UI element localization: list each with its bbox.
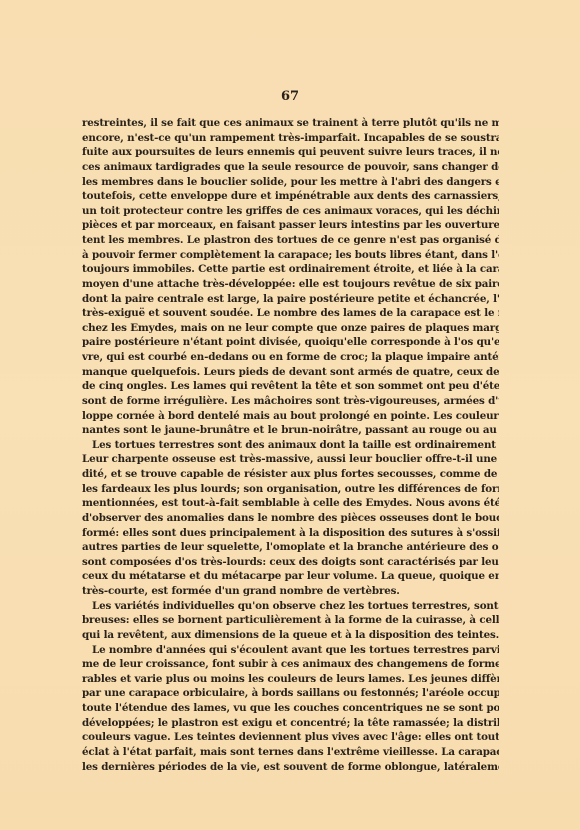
text-line: sont de forme irrégulière. Les mâchoires…	[82, 394, 499, 409]
text-line: breuses: elles se bornent particulièreme…	[82, 613, 499, 628]
text-line: les dernières périodes de la vie, est so…	[82, 760, 499, 775]
text-line: Leur charpente osseuse est très-massive,…	[82, 452, 499, 467]
text-line: à pouvoir fermer complètement la carapac…	[82, 248, 499, 263]
text-line: toujours immobiles. Cette partie est ord…	[82, 262, 499, 277]
text-line: autres parties de leur squelette, l'omop…	[82, 540, 499, 555]
page-number: 67	[0, 89, 580, 104]
text-line: encore, n'est-ce qu'un rampement très-im…	[82, 131, 499, 146]
text-line: de cinq ongles. Les lames qui revêtent l…	[82, 379, 499, 394]
text-line: paire postérieure n'étant point divisée,…	[82, 335, 499, 350]
text-line: très-courte, est formée d'un grand nombr…	[82, 584, 499, 599]
text-line: ces animaux tardigrades que la seule res…	[82, 160, 499, 175]
text-line: toute l'étendue des lames, vu que les co…	[82, 701, 499, 716]
text-line: ceux du métatarse et du métacarpe par le…	[82, 569, 499, 584]
text-line: qui la revêtent, aux dimensions de la qu…	[82, 628, 499, 643]
text-line: rables et varie plus ou moins les couleu…	[82, 672, 499, 687]
text-line: très-exiguë et souvent soudée. Le nombre…	[82, 306, 499, 321]
text-line: moyen d'une attache très-développée: ell…	[82, 277, 499, 292]
text-line: les membres dans le bouclier solide, pou…	[82, 175, 499, 190]
text-line: loppe cornée à bord dentelé mais au bout…	[82, 409, 499, 424]
text-line: d'observer des anomalies dans le nombre …	[82, 511, 499, 526]
text-line: pièces et par morceaux, en faisant passe…	[82, 218, 499, 233]
paragraph-start-line: Les tortues terrestres sont des animaux …	[82, 438, 499, 453]
text-line: couleurs vague. Les teintes deviennent p…	[82, 730, 499, 745]
text-line: restreintes, il se fait que ces animaux …	[82, 116, 499, 131]
text-line: mentionnées, est tout-à-fait semblable à…	[82, 496, 499, 511]
text-line: sont composées d'os très-lourds: ceux de…	[82, 555, 499, 570]
text-line: par une carapace orbiculaire, à bords sa…	[82, 686, 499, 701]
text-line: un toit protecteur contre les griffes de…	[82, 204, 499, 219]
text-line: dont la paire centrale est large, la pai…	[82, 292, 499, 307]
text-line: me de leur croissance, font subir à ces …	[82, 657, 499, 672]
paragraph-start-line: Les variétés individuelles qu'on observe…	[82, 599, 499, 614]
text-line: chez les Emydes, mais on ne leur compte …	[82, 321, 499, 336]
text-line: manque quelquefois. Leurs pieds de devan…	[82, 365, 499, 380]
text-line: éclat à l'état parfait, mais sont ternes…	[82, 745, 499, 760]
paragraph-start-line: Le nombre d'années qui s'écoulent avant …	[82, 643, 499, 658]
body-text: restreintes, il se fait que ces animaux …	[82, 116, 499, 774]
text-line: développées; le plastron est exigu et co…	[82, 716, 499, 731]
text-line: vre, qui est courbé en-dedans ou en form…	[82, 350, 499, 365]
text-line: dité, et se trouve capable de résister a…	[82, 467, 499, 482]
text-line: fuite aux poursuites de leurs ennemis qu…	[82, 145, 499, 160]
text-line: toutefois, cette enveloppe dure et impén…	[82, 189, 499, 204]
text-line: formé: elles sont dues principalement à …	[82, 526, 499, 541]
text-line: les fardeaux les plus lourds; son organi…	[82, 482, 499, 497]
text-line: nantes sont le jaune-brunâtre et le brun…	[82, 423, 499, 438]
text-line: tent les membres. Le plastron des tortue…	[82, 233, 499, 248]
